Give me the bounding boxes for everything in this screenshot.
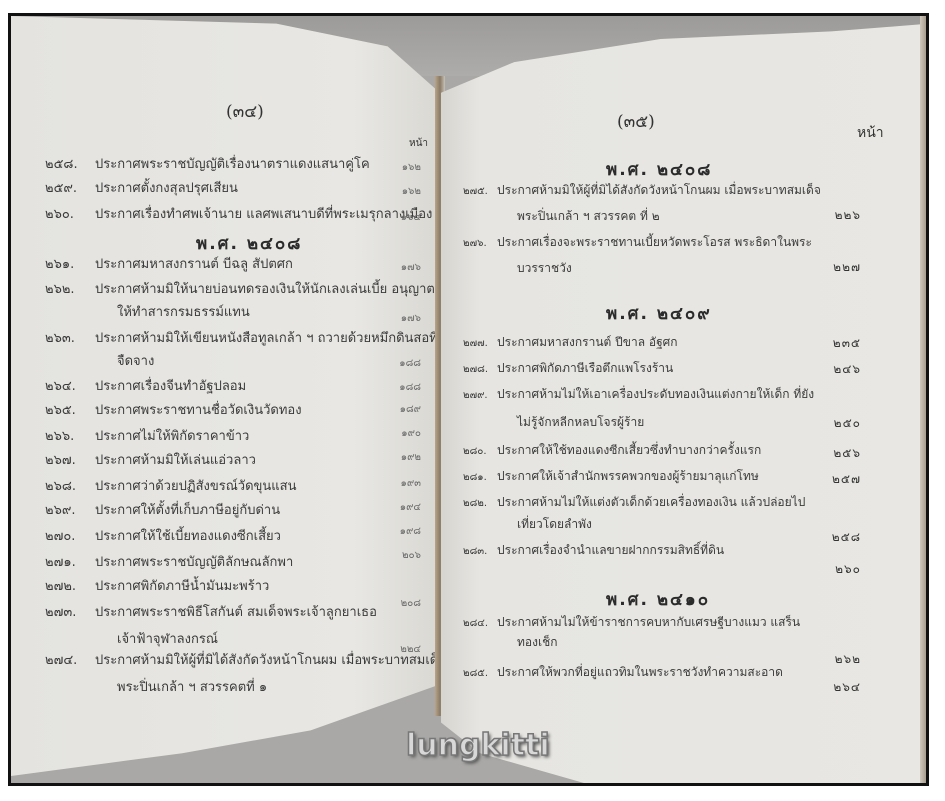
toc-entry: ๒๘๑.ประกาศให้เจ้าสำนักพรรคพวกของผู้ร้ายม… — [463, 468, 759, 486]
toc-entry: ๒๘๒.ประกาศห้ามไม่ให้แต่งตัวเด็กด้วยเครื่… — [463, 494, 805, 533]
toc-entry: ๒๖๕.ประกาศพระราชทานชื่อวัดเงินวัดทอง — [45, 402, 302, 419]
toc-entry: ๒๗๑.ประกาศพระราชบัญญัติลักษณลักพา — [45, 554, 293, 571]
toc-entry: ๒๗๙.ประกาศห้ามไม่ให้เอาเครื่องประดับทองเ… — [463, 386, 814, 431]
page-number: (๓๕) — [617, 108, 655, 135]
toc-page: ๑๙๐ — [391, 426, 421, 441]
toc-page: ๒๒๗ — [821, 258, 861, 277]
toc-entry: ๒๗๒.ประกาศพิกัดภาษีน้ำมันมะพร้าว — [45, 578, 269, 595]
toc-page: ๑๖๒ — [391, 160, 421, 175]
toc-page: ๑๗๖ — [391, 311, 421, 326]
toc-page: ๑๘๘ — [391, 380, 421, 395]
toc-page: ๑๙๔ — [391, 500, 421, 515]
toc-entry: ๒๕๘.ประกาศพระราชบัญญัติเรื่องนาตราแดงแสน… — [45, 156, 370, 173]
toc-entry: ๒๖๘.ประกาศว่าด้วยปฏิสังขรณ์วัดขุนแสน — [45, 478, 297, 495]
left-page: (๓๔) หน้า ๒๕๘.ประกาศพระราชบัญญัติเรื่องน… — [11, 16, 439, 776]
toc-entry: ๒๖๖.ประกาศไม่ให้พิกัดราคาข้าว — [45, 428, 249, 445]
toc-page: ๒๒๖ — [821, 206, 861, 225]
right-page: (๓๕) หน้า พ.ศ. ๒๔๐๘ ๒๗๕.ประกาศห้ามมิให้ผ… — [441, 16, 929, 784]
toc-page: ๒๕๗ — [821, 470, 861, 489]
toc-entry: ๒๘๓.ประกาศเรื่องจำนำแลขายฝากกรรมสิทธิ์ที… — [463, 542, 724, 560]
toc-entry: ๒๖๓.ประกาศห้ามมิให้เขียนหนังสือทูลเกล้า … — [45, 330, 438, 370]
toc-page: ๒๔๖ — [821, 360, 861, 379]
toc-page: ๑๘๙ — [391, 402, 421, 417]
toc-page: ๑๘๘ — [391, 356, 421, 371]
toc-page: ๒๕๐ — [821, 414, 861, 433]
toc-entry: ๒๗๓.ประกาศพระราชพิธีโสกันต์ สมเด็จพระเจ้… — [45, 604, 377, 648]
column-header-page: หน้า — [857, 122, 884, 144]
toc-page: ๑๙๘ — [391, 524, 421, 539]
toc-entry: ๒๗๕.ประกาศห้ามมิให้ผู้ที่มิได้สังกัดวังห… — [463, 182, 821, 225]
toc-entry: ๒๖๙.ประกาศให้ตั้งที่เก็บภาษีอยู่กับด่าน — [45, 502, 280, 519]
toc-page: ๑๖๒ — [391, 184, 421, 199]
page-edge — [920, 16, 926, 783]
year-heading: พ.ศ. ๒๔๐๘ — [196, 230, 302, 257]
toc-page: ๒๖๒ — [821, 650, 861, 669]
column-header-page: หน้า — [409, 136, 428, 151]
toc-page: ๑๙๒ — [391, 450, 421, 465]
photo-frame: (๓๔) หน้า ๒๕๘.ประกาศพระราชบัญญัติเรื่องน… — [8, 13, 929, 786]
toc-page: ๒๐๘ — [391, 596, 421, 611]
toc-page: ๒๕๖ — [821, 444, 861, 463]
toc-entry: ๒๖๐.ประกาศเรื่องทำศพเจ้านาย แลศพเสนาบดีท… — [45, 206, 432, 223]
toc-entry: ๒๖๔.ประกาศเรื่องจีนทำอัฐปลอม — [45, 378, 246, 395]
toc-entry: ๒๗๖.ประกาศเรื่องจะพระราชทานเบี้ยหวัดพระโ… — [463, 234, 812, 277]
toc-entry: ๒๗๗.ประกาศมหาสงกรานต์ ปีขาล อัฐศก — [463, 334, 678, 352]
page-number: (๓๔) — [226, 98, 264, 125]
toc-entry: ๒๗๔.ประกาศห้ามมิให้ผู้ที่มิได้สังกัดวังห… — [45, 652, 446, 696]
watermark: lungkitti — [406, 728, 550, 763]
toc-page: ๒๒๔ — [391, 642, 421, 657]
year-heading: พ.ศ. ๒๔๐๘ — [606, 156, 712, 183]
toc-entry: ๒๖๒.ประกาศห้ามมิให้นายบ่อนทดรองเงินให้นั… — [45, 281, 435, 321]
toc-entry: ๒๗๘.ประกาศพิกัดภาษีเรือตึกแพโรงร้าน — [463, 360, 673, 378]
toc-entry: ๒๘๕.ประกาศให้พวกที่อยู่แถวทิมในพระราชวัง… — [463, 664, 783, 682]
toc-page: ๑๖๔ — [391, 210, 421, 225]
year-heading: พ.ศ. ๒๔๑๐ — [606, 586, 710, 613]
toc-page: ๒๖๔ — [821, 678, 861, 697]
toc-entry: ๒๖๑.ประกาศมหาสงกรานต์ บีฉลู สัปตศก — [45, 256, 293, 273]
toc-entry: ๒๘๐.ประกาศให้ใช้ทองแดงซีกเสี้ยวซึ่งทำบาง… — [463, 442, 761, 460]
toc-page: ๒๓๕ — [821, 334, 861, 353]
toc-page: ๒๕๘ — [821, 528, 861, 547]
toc-page: ๒๐๖ — [391, 548, 421, 563]
toc-page: ๒๖๐ — [821, 560, 861, 579]
toc-entry: ๒๖๗.ประกาศห้ามมิให้เล่นแอ่วลาว — [45, 452, 256, 469]
toc-page: ๑๙๓ — [391, 476, 421, 491]
year-heading: พ.ศ. ๒๔๐๙ — [606, 300, 712, 327]
toc-entry: ๒๕๙.ประกาศตั้งกงสุลปรุศเสียน — [45, 180, 238, 197]
toc-entry: ๒๘๔.ประกาศห้ามไม่ให้ข้าราชการคบหากับเศรษ… — [463, 614, 800, 651]
toc-page: ๑๗๖ — [391, 260, 421, 275]
toc-entry: ๒๗๐.ประกาศให้ใช้เบี้ยทองแดงซีกเสี้ยว — [45, 528, 281, 545]
